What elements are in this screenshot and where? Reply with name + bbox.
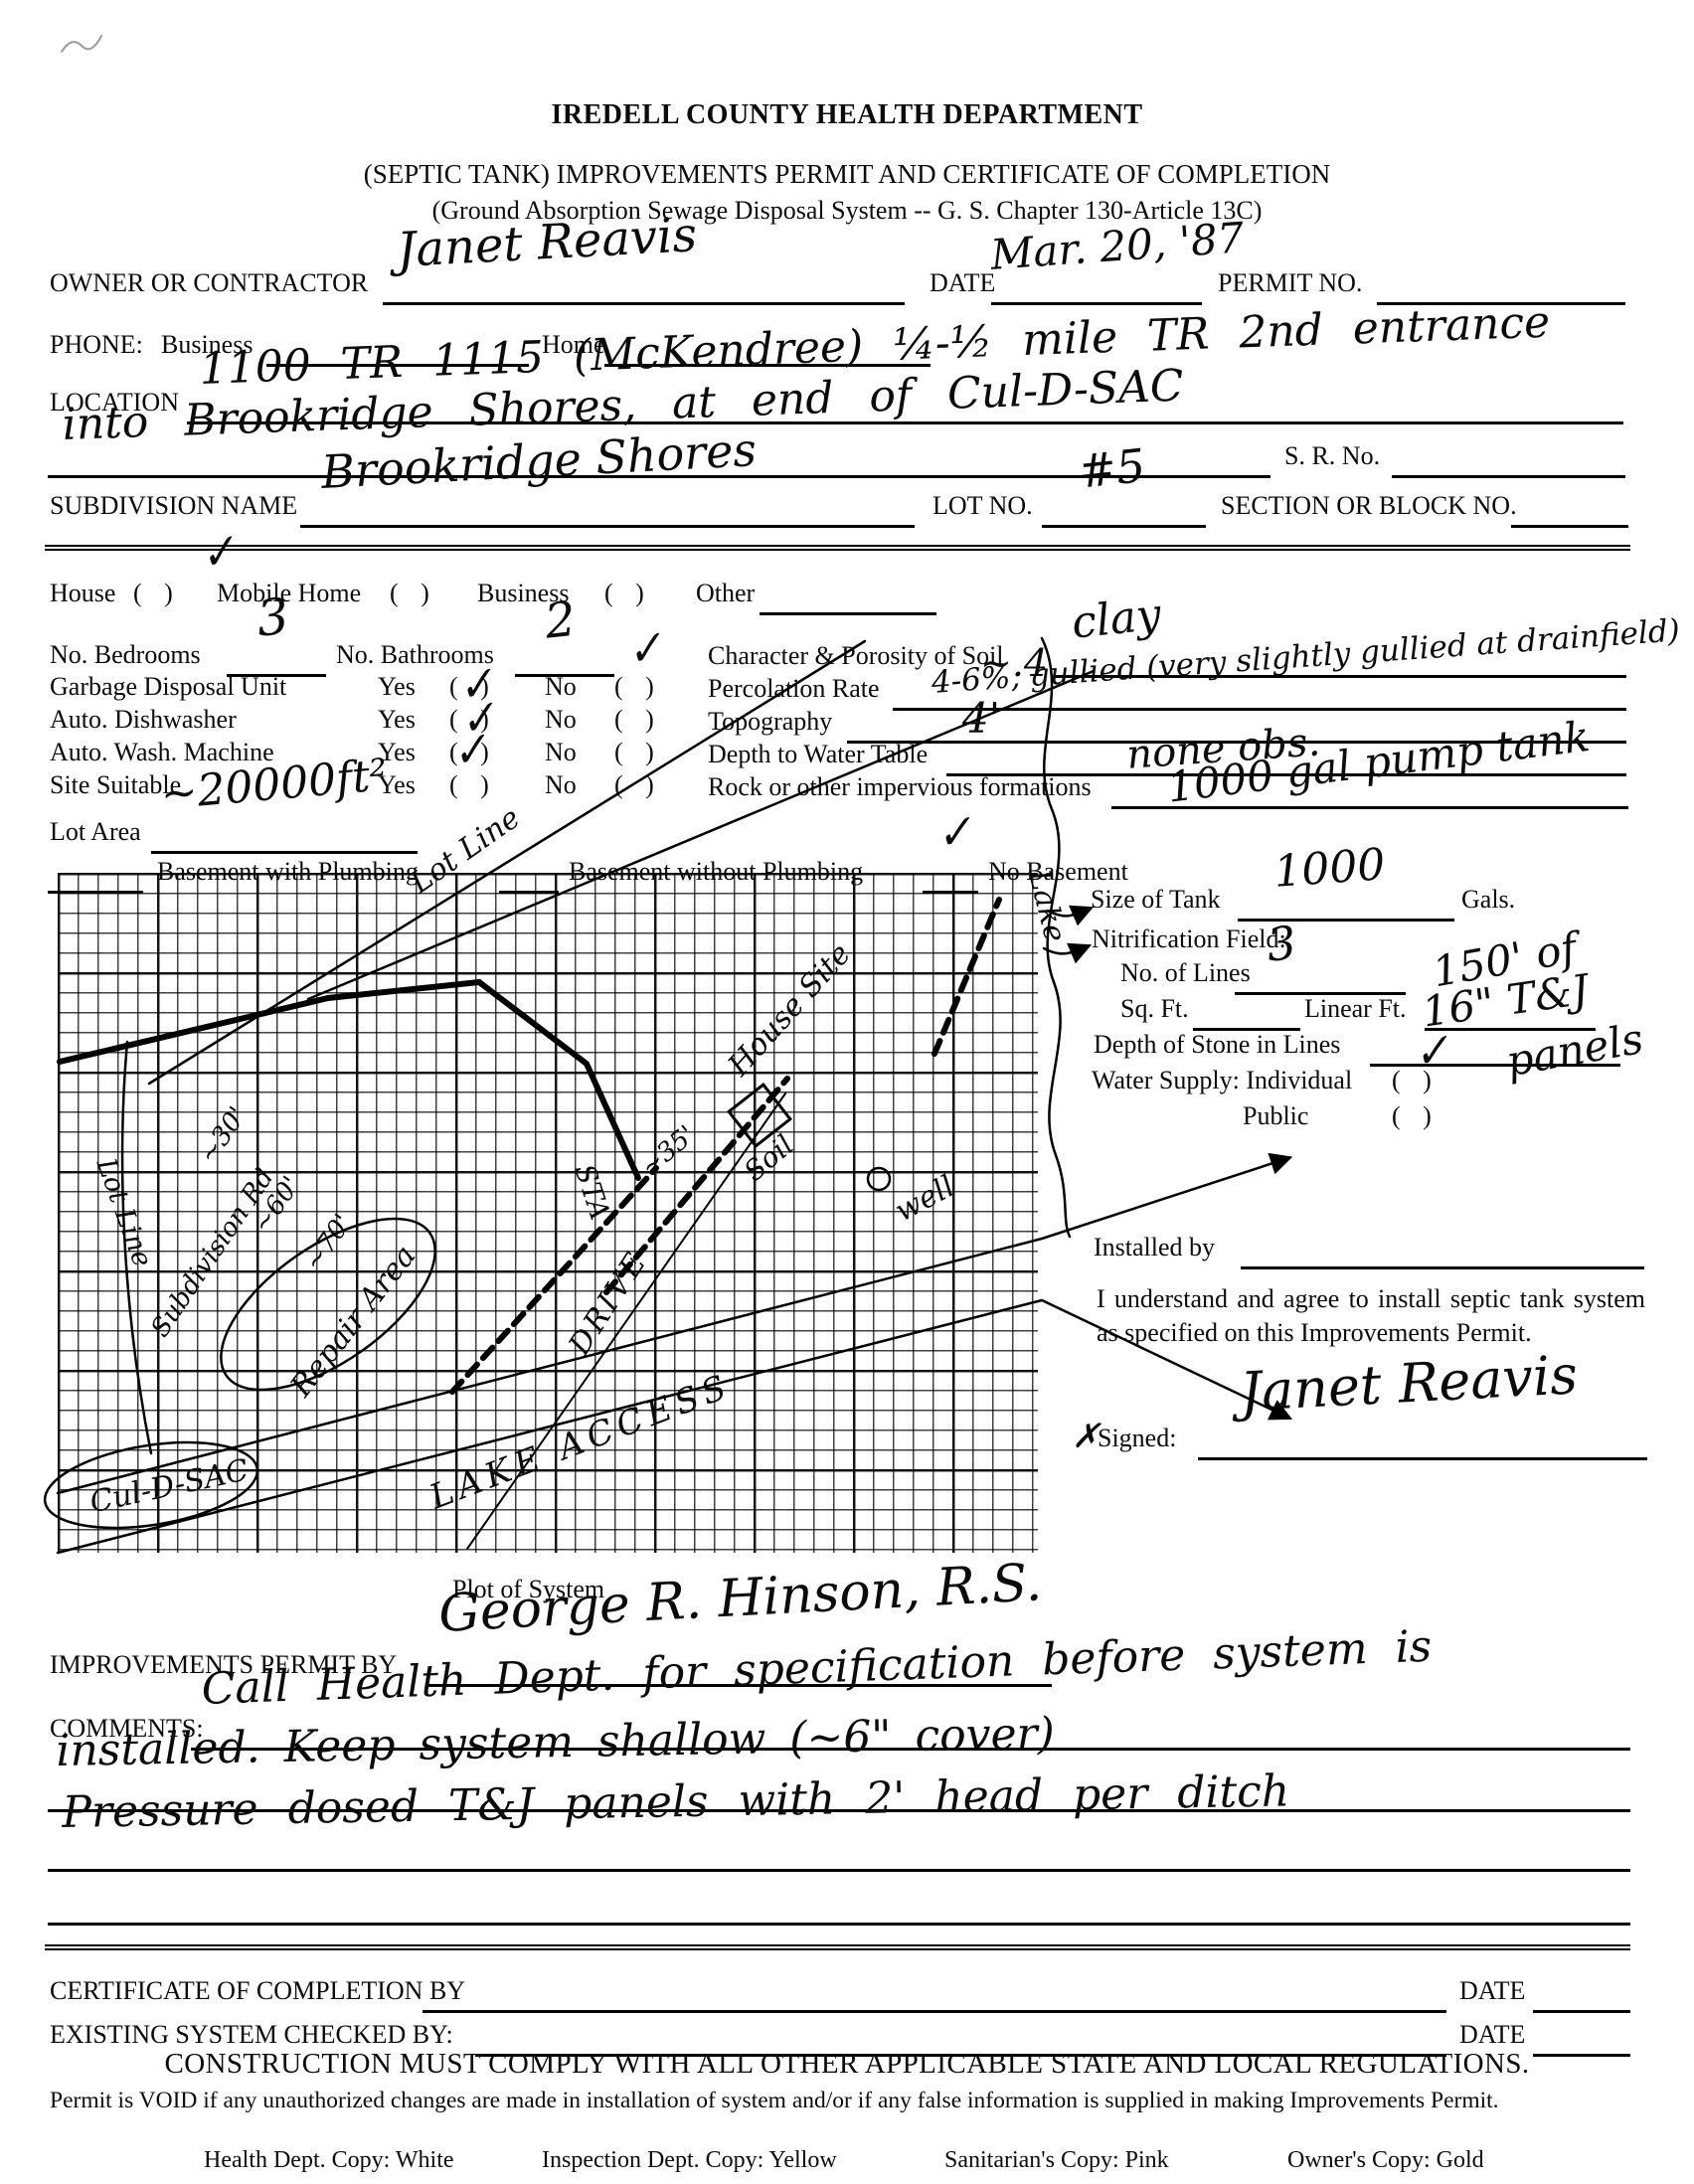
other-label: Other	[696, 579, 755, 608]
garbage-no-checkmark: ✓	[622, 624, 667, 675]
stone-depth-label: Depth of Stone in Lines	[1094, 1030, 1340, 1060]
comments-field-line3	[48, 1835, 1630, 1872]
soil-value: clay	[1070, 593, 1163, 646]
permit-no-label: PERMIT NO.	[1218, 268, 1362, 298]
void-note: Permit is VOID if any unauthorized chang…	[50, 2086, 1601, 2117]
nitrification-label: Nitrification Field:	[1092, 924, 1286, 954]
date-value: Mar. 20, '87	[989, 217, 1246, 276]
installed-by-field	[1241, 1233, 1644, 1269]
sqft-label: Sq. Ft.	[1120, 994, 1189, 1024]
installed-by-label: Installed by	[1094, 1233, 1215, 1262]
mobile-home-label: Mobile Home	[217, 579, 361, 608]
form-subtitle: (Ground Absorption Sewage Disposal Syste…	[0, 196, 1694, 226]
yes-label: Yes	[378, 705, 416, 735]
agreement-text: I understand and agree to install septic…	[1097, 1282, 1645, 1351]
signed-signature: Janet Reavis	[1239, 1348, 1579, 1420]
water-table-value: 4'	[962, 698, 1000, 740]
signed-label: Signed:	[1098, 1424, 1176, 1453]
house-checkmark: ✓	[195, 528, 241, 580]
yes-label: Yes	[378, 672, 416, 702]
no-checkbox: ( )	[614, 738, 662, 767]
section-field	[1511, 491, 1628, 528]
copy-sanitarian: Sanitarian's Copy: Pink	[944, 2147, 1169, 2174]
topography-label: Topography	[708, 707, 832, 737]
subdivision-field	[300, 491, 915, 528]
water-table-label: Depth to Water Table	[708, 740, 928, 769]
row-label: Garbage Disposal Unit	[50, 672, 286, 702]
mobile-home-checkbox: ( )	[390, 579, 437, 608]
page-title: IREDELL COUNTY HEALTH DEPARTMENT	[0, 99, 1694, 131]
water-supply-label: Water Supply: Individual	[1092, 1066, 1352, 1095]
permit-by-signature: George R. Hinson, R.S.	[437, 1557, 1043, 1640]
no-checkbox: ( )	[614, 770, 662, 800]
no-of-lines-label: No. of Lines	[1120, 958, 1251, 988]
signed-x-mark: ✗	[1072, 1420, 1101, 1453]
certificate-date-label: DATE	[1459, 1976, 1525, 2006]
section-label: SECTION OR BLOCK NO.	[1221, 491, 1517, 521]
lot-no-field	[1042, 491, 1206, 528]
comments-value-line1: Call Health Dept. for specification befo…	[201, 1625, 1433, 1712]
section-divider-top	[45, 545, 1630, 551]
arrow-nitrification	[1044, 946, 1088, 953]
owner-value: Janet Reavis	[396, 211, 698, 274]
no-label: No	[545, 705, 577, 735]
copy-owner: Owner's Copy: Gold	[1287, 2147, 1484, 2174]
individual-checkmark: ✓	[1410, 1028, 1453, 1078]
copy-health: Health Dept. Copy: White	[204, 2147, 454, 2174]
septic-permit-form: IREDELL COUNTY HEALTH DEPARTMENT (SEPTIC…	[0, 0, 1694, 2184]
no-basement-checkmark: ✓	[932, 809, 976, 859]
size-of-tank-value: 1000	[1272, 843, 1387, 895]
public-label: Public	[1243, 1101, 1308, 1131]
row-label: Auto. Dishwasher	[50, 705, 237, 735]
copy-inspection: Inspection Dept. Copy: Yellow	[542, 2147, 837, 2174]
no-label: No	[545, 738, 577, 767]
public-checkbox: ( )	[1392, 1101, 1440, 1131]
house-checkbox: ( )	[133, 579, 181, 608]
no-of-lines-value: 3	[1265, 920, 1298, 968]
rock-label: Rock or other impervious formations	[708, 772, 1092, 802]
form-title: (SEPTIC TANK) IMPROVEMENTS PERMIT AND CE…	[0, 159, 1694, 190]
existing-system-label: EXISTING SYSTEM CHECKED BY:	[50, 2020, 453, 2050]
lot-no-label: LOT NO.	[932, 491, 1033, 521]
percolation-label: Percolation Rate	[708, 674, 880, 704]
bedrooms-value: 3	[254, 591, 291, 644]
phone-label: PHONE:	[50, 330, 143, 360]
certificate-field	[423, 1976, 1446, 2013]
sr-no-field	[1392, 441, 1625, 478]
sr-no-label: S. R. No.	[1284, 441, 1380, 471]
other-field	[760, 579, 936, 615]
no-label: No	[545, 770, 577, 800]
section-divider-bottom	[45, 1944, 1630, 1950]
comments-field-line4	[48, 1889, 1630, 1926]
lot-area-label: Lot Area	[50, 817, 141, 847]
lot-area-field	[151, 817, 418, 854]
linear-ft-label: Linear Ft.	[1304, 994, 1407, 1024]
gals-label: Gals.	[1461, 885, 1515, 915]
certificate-label: CERTIFICATE OF COMPLETION BY	[50, 1976, 465, 2006]
size-of-tank-label: Size of Tank	[1091, 885, 1221, 915]
bathrooms-value: 2	[543, 595, 578, 646]
house-label: House	[50, 579, 115, 608]
date-label: DATE	[930, 268, 995, 298]
no-label: No	[545, 672, 577, 702]
certificate-date-field	[1533, 1976, 1630, 2013]
owner-label: OWNER OR CONTRACTOR	[50, 268, 368, 298]
signed-field	[1198, 1424, 1647, 1460]
existing-date-label: DATE	[1459, 2020, 1525, 2050]
sqft-field	[1193, 994, 1300, 1031]
compliance-statement: CONSTRUCTION MUST COMPLY WITH ALL OTHER …	[0, 2048, 1694, 2081]
no-checkbox: ( )	[614, 705, 662, 735]
no-of-lines-field	[1235, 958, 1406, 995]
lot-no-value: #5	[1076, 442, 1147, 495]
business-checkbox: ( )	[604, 579, 652, 608]
bedrooms-label: No. Bedrooms	[50, 640, 201, 670]
subdivision-label: SUBDIVISION NAME	[50, 491, 297, 521]
